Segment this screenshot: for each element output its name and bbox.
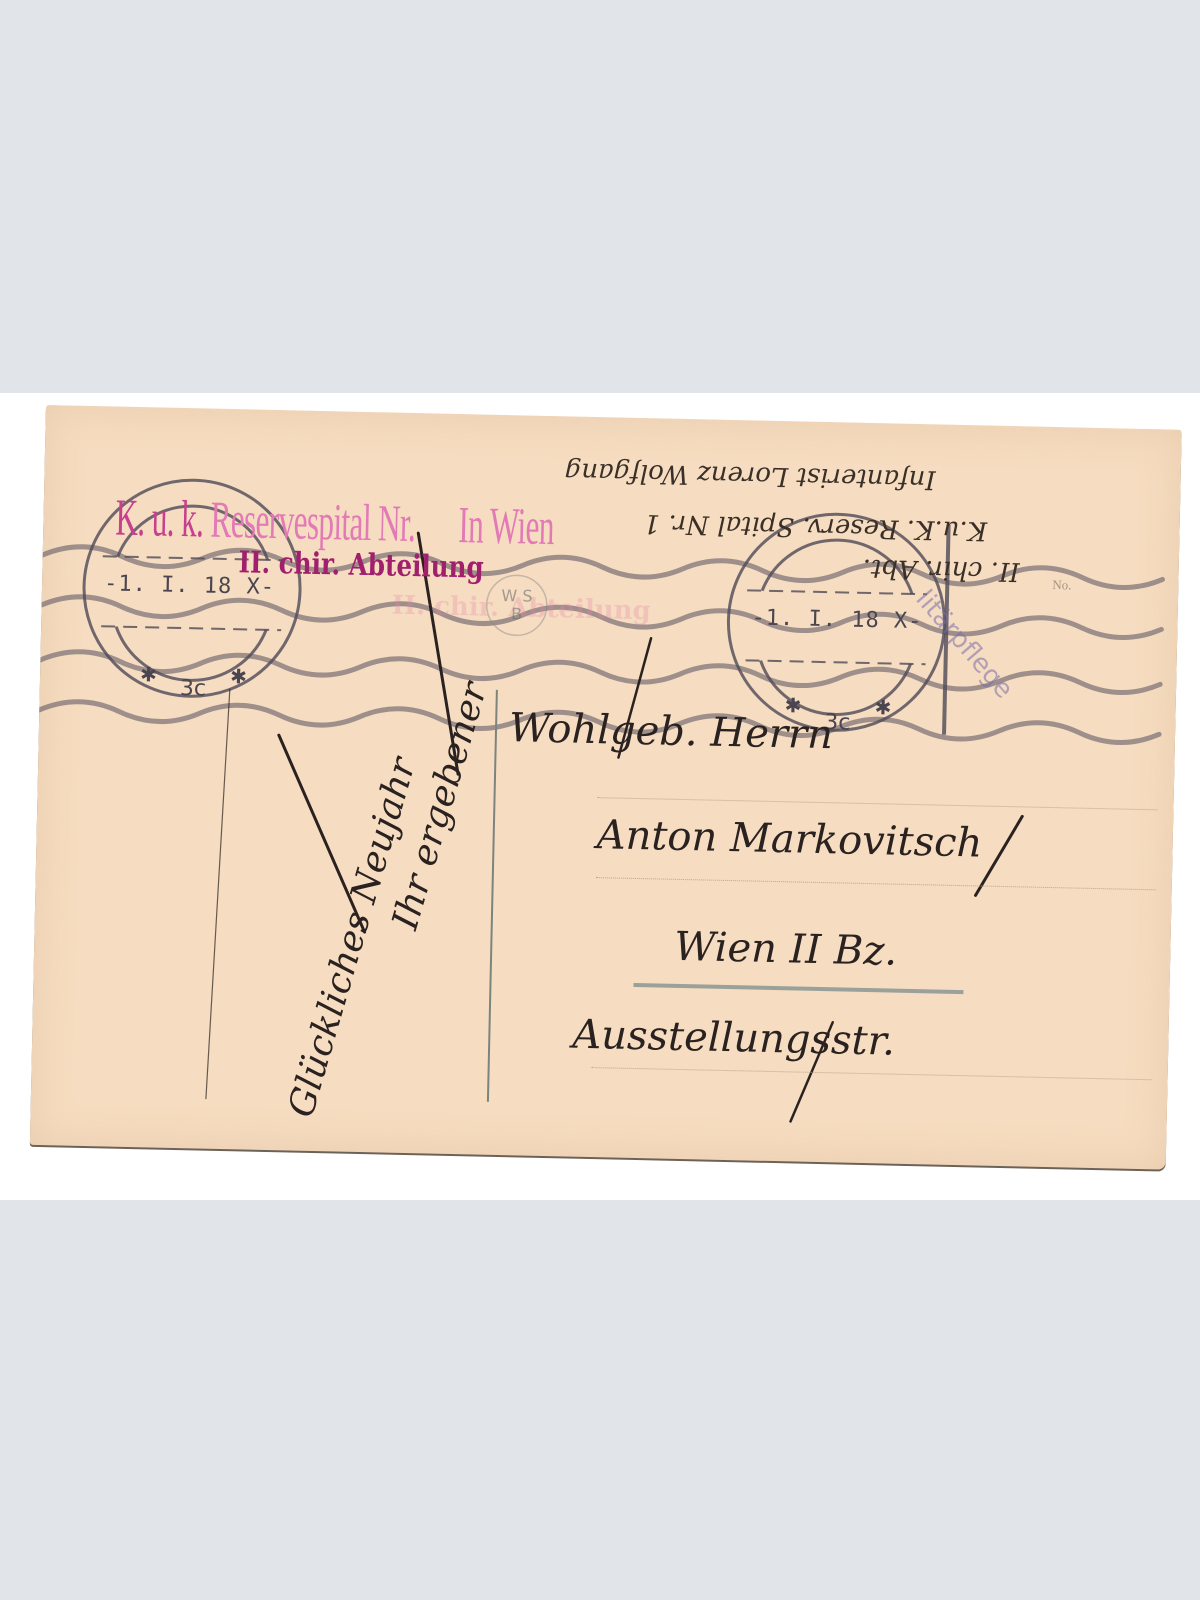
postcard: K. u. k. Reservespital Nr. In Wien II. c… [30, 405, 1182, 1170]
address-street: Ausstellungsstr. [572, 1012, 896, 1065]
hospital-stamp-prefix: K. u. k. [115, 490, 204, 549]
postmark-right-date: -1. I. 18 X- [751, 605, 922, 634]
hospital-stamp-name: Reservespital Nr. [210, 492, 416, 553]
censor-stamp-top: W S [497, 587, 537, 606]
postmark-left-office: 3c [180, 676, 207, 702]
star-icon: ✱ [230, 664, 247, 689]
number-label: No. [1052, 577, 1071, 593]
sender-line3: II. chir. Abt. [862, 553, 1020, 586]
censor-stamp-bottom: B [496, 605, 536, 624]
address-salutation: Wohlgeb. Herrn [509, 705, 834, 758]
address-name: Anton Markovitsch [596, 812, 983, 866]
star-icon: ✱ [874, 695, 891, 720]
address-city: Wien II Bz. [674, 924, 898, 975]
hospital-stamp-place: In Wien [458, 497, 555, 556]
censor-stamp: W S B [496, 587, 537, 624]
star-icon: ✱ [140, 662, 157, 687]
postmark-left-date: -1. I. 18 X- [104, 571, 275, 600]
